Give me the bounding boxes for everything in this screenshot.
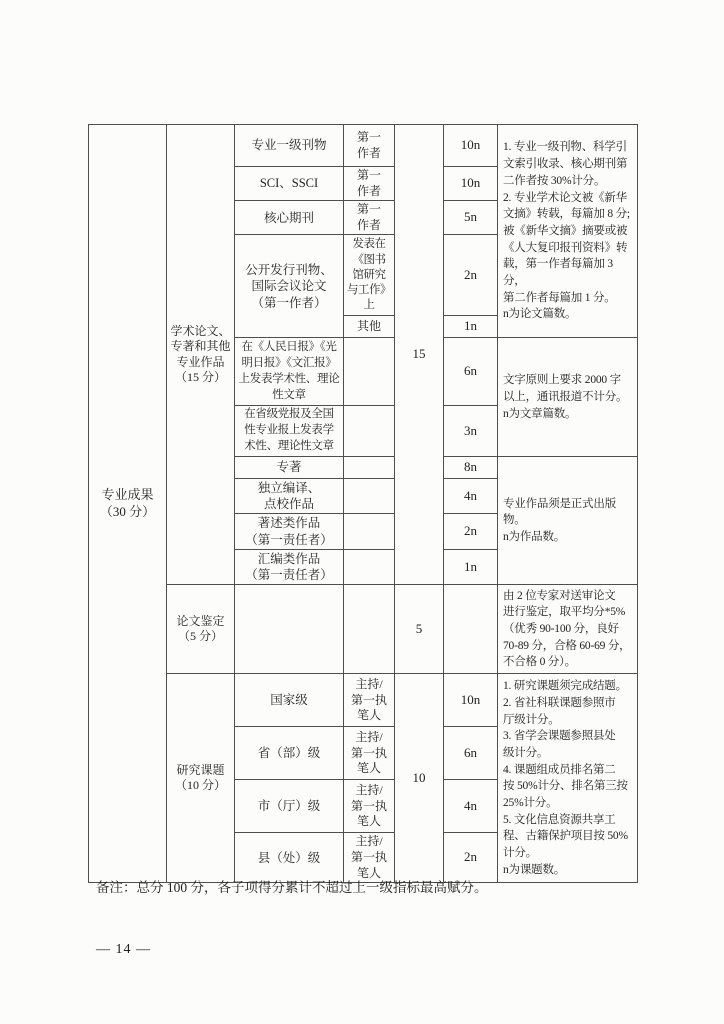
item-cell: 市（厅）级 bbox=[235, 780, 344, 833]
role-cell-empty bbox=[344, 456, 395, 478]
note-cell: 专业作品须是正式出版 物。 n为作品数。 bbox=[498, 456, 638, 585]
role-cell-empty bbox=[344, 406, 395, 457]
role-cell: 第一 作者 bbox=[344, 167, 395, 201]
score-cell: 4n bbox=[444, 780, 498, 833]
footer-remark: 备注：总分 100 分，各子项得分累计不超过上一级指标最高赋分。 bbox=[96, 876, 488, 896]
document-page: 专业成果 （30 分） 学术论文、 专著和其他 专业作品 （15 分） 专业一级… bbox=[0, 0, 724, 1024]
scoring-table: 专业成果 （30 分） 学术论文、 专著和其他 专业作品 （15 分） 专业一级… bbox=[88, 124, 638, 883]
role-cell: 第一 作者 bbox=[344, 201, 395, 235]
score-cell: 10n bbox=[444, 674, 498, 727]
role-cell-empty bbox=[344, 585, 395, 674]
score-cell: 1n bbox=[444, 316, 498, 338]
score-cell: 1n bbox=[444, 549, 498, 585]
points-cell: 10 bbox=[395, 674, 444, 883]
item-cell-empty bbox=[235, 585, 344, 674]
role-cell: 发表在 《图书 馆研究 与工作》 上 bbox=[344, 235, 395, 316]
role-cell: 主持/ 第一执 笔人 bbox=[344, 674, 395, 727]
section-label-papers: 学术论文、 专著和其他 专业作品 （15 分） bbox=[167, 125, 235, 585]
score-cell: 4n bbox=[444, 478, 498, 514]
score-cell: 6n bbox=[444, 727, 498, 780]
note-cell: 文字原则上要求 2000 字 以上，通讯报道不计分。 n为文章篇数。 bbox=[498, 338, 638, 457]
item-cell: 在省级党报及全国 性专业报上发表学 术性、理论性文章 bbox=[235, 406, 344, 457]
item-cell: 专业一级刊物 bbox=[235, 125, 344, 167]
points-cell: 15 bbox=[395, 125, 444, 585]
score-cell: 6n bbox=[444, 338, 498, 406]
table-row: 论文鉴定 （5 分） 5 由 2 位专家对送审论文 进行鉴定，取平均分*5% （… bbox=[89, 585, 638, 674]
role-cell-empty bbox=[344, 514, 395, 550]
score-cell: 5n bbox=[444, 201, 498, 235]
item-cell: 省（部）级 bbox=[235, 727, 344, 780]
role-cell-empty bbox=[344, 549, 395, 585]
role-cell: 主持/ 第一执 笔人 bbox=[344, 780, 395, 833]
table-row: 专业成果 （30 分） 学术论文、 专著和其他 专业作品 （15 分） 专业一级… bbox=[89, 125, 638, 167]
page-number: — 14 — bbox=[96, 942, 151, 958]
section-label-research: 研究课题 （10 分） bbox=[167, 674, 235, 883]
score-cell: 10n bbox=[444, 167, 498, 201]
role-cell-empty bbox=[344, 338, 395, 406]
note-cell: 1. 专业一级刊物、科学引 文索引收录、核心期刊第 二作者按 30%计分。 2.… bbox=[498, 125, 638, 338]
item-cell: 汇编类作品 （第一责任者） bbox=[235, 549, 344, 585]
note-cell: 由 2 位专家对送审论文 进行鉴定，取平均分*5% （优秀 90-100 分，良… bbox=[498, 585, 638, 674]
item-cell: 公开发行刊物、 国际会议论文 （第一作者） bbox=[235, 235, 344, 338]
category-label: 专业成果 （30 分） bbox=[89, 125, 167, 883]
item-cell: SCI、SSCI bbox=[235, 167, 344, 201]
score-cell: 3n bbox=[444, 406, 498, 457]
note-cell: 1. 研究课题须完成结题。 2. 省社科联课题参照市 厅级计分。 3. 省学会课… bbox=[498, 674, 638, 883]
table-row: 研究课题 （10 分） 国家级 主持/ 第一执 笔人 10 10n 1. 研究课… bbox=[89, 674, 638, 727]
points-cell: 5 bbox=[395, 585, 444, 674]
role-cell-empty bbox=[344, 478, 395, 514]
item-cell: 在《人民日报》《光 明日报》《文汇报》 上发表学术性、理论 性文章 bbox=[235, 338, 344, 406]
role-cell: 主持/ 第一执 笔人 bbox=[344, 727, 395, 780]
item-cell: 独立编译、 点校作品 bbox=[235, 478, 344, 514]
section-label-appraisal: 论文鉴定 （5 分） bbox=[167, 585, 235, 674]
score-cell: 10n bbox=[444, 125, 498, 167]
role-cell: 第一 作者 bbox=[344, 125, 395, 167]
role-cell: 其他 bbox=[344, 316, 395, 338]
item-cell: 核心期刊 bbox=[235, 201, 344, 235]
score-cell: 8n bbox=[444, 456, 498, 478]
item-cell: 国家级 bbox=[235, 674, 344, 727]
score-cell: 2n bbox=[444, 235, 498, 316]
item-cell: 专著 bbox=[235, 456, 344, 478]
score-cell-empty bbox=[444, 585, 498, 674]
score-cell: 2n bbox=[444, 514, 498, 550]
item-cell: 著述类作品 （第一责任者） bbox=[235, 514, 344, 550]
